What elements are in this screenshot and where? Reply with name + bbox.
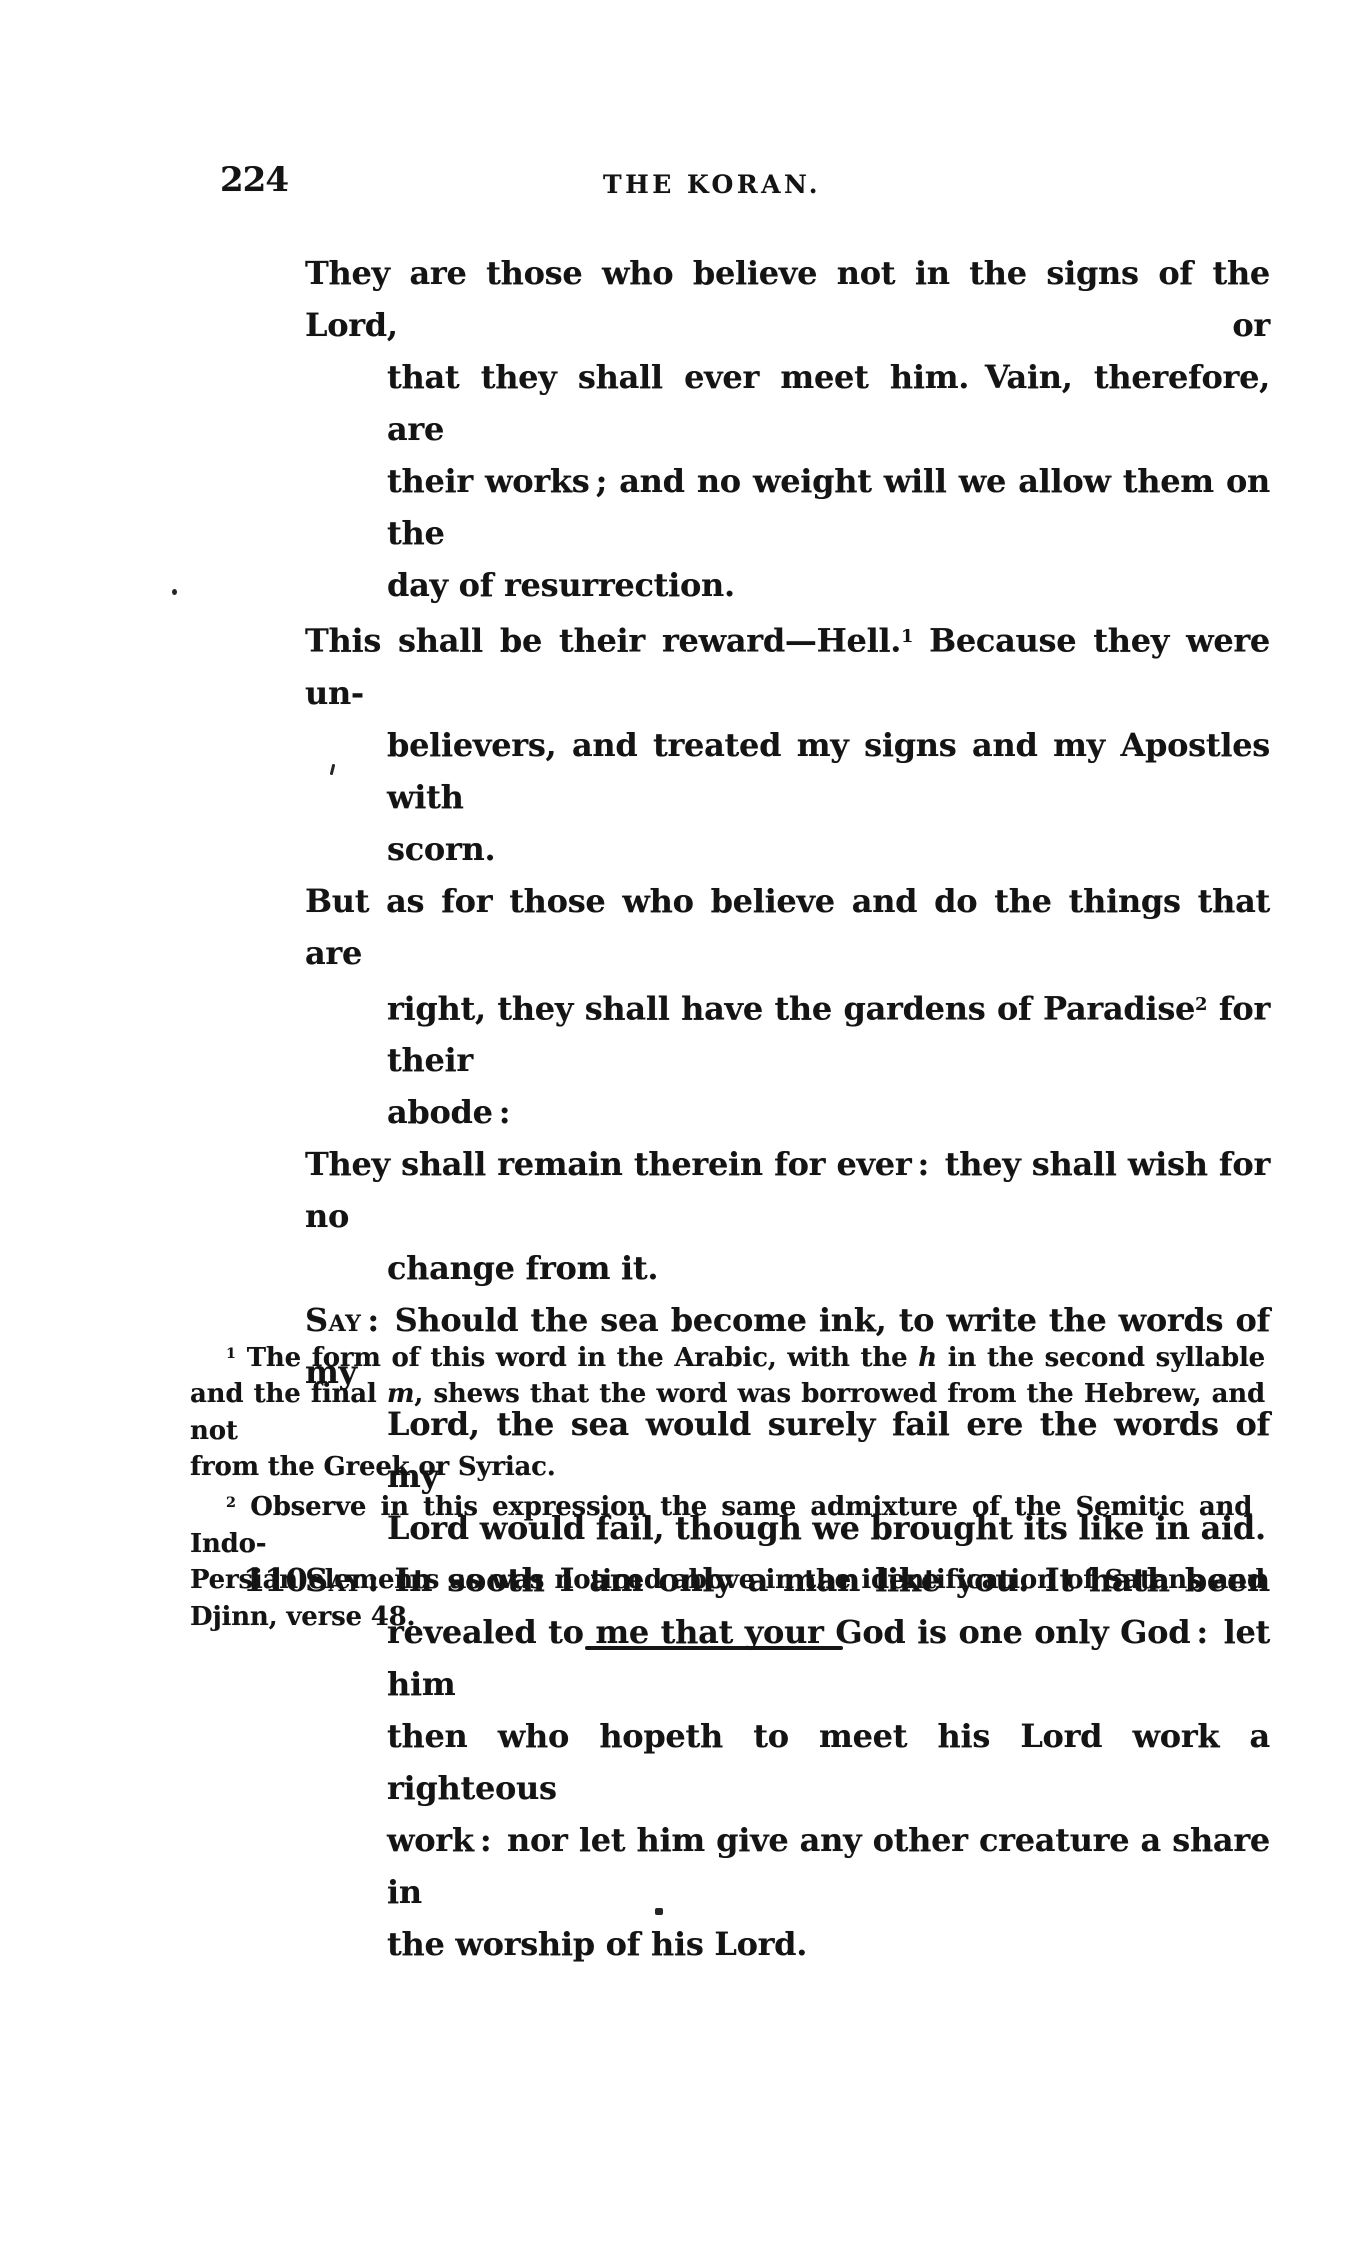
footnote-line: and the final m, shews that the word was… <box>190 1376 1265 1449</box>
verse-line: They are those who believe not in the si… <box>305 247 1270 351</box>
verse-line: scorn. <box>387 823 1270 875</box>
text-segment: This shall be their reward—Hell. <box>305 622 901 660</box>
text-segment: then who hopeth to meet his Lord work a … <box>387 1717 1270 1807</box>
text-segment: h <box>918 1343 937 1373</box>
footnotes-block: 1 The form of this word in the Arabic, w… <box>190 1336 1265 1635</box>
page-number: 224 <box>220 162 288 198</box>
text-segment: work : nor let him give any other creatu… <box>387 1821 1270 1911</box>
text-segment: that they shall ever meet him. Vain, the… <box>387 358 1270 448</box>
verse-line: the worship of his Lord. <box>387 1918 1270 1970</box>
running-title: THE KORAN. <box>562 170 862 200</box>
verse-line: then who hopeth to meet his Lord work a … <box>387 1710 1270 1814</box>
footnote-divider-rule <box>585 1646 843 1650</box>
footnote-line: from the Greek or Syriac. <box>190 1449 1265 1485</box>
text-segment: and the final <box>190 1379 387 1409</box>
text-segment: m <box>387 1379 414 1409</box>
text-segment: believers, and treated my signs and my A… <box>387 726 1270 816</box>
verse-line: that they shall ever meet him. Vain, the… <box>387 351 1270 455</box>
footnote-line: 2 Observe in this expression the same ad… <box>190 1485 1265 1562</box>
verse-line: change from it. <box>387 1242 1270 1294</box>
ink-speck-margin <box>172 589 177 595</box>
footnote-line: Djinn, verse 48. <box>190 1599 1265 1635</box>
footnote-reference: 1 <box>901 626 913 647</box>
footnote-reference: 2 <box>226 1495 236 1511</box>
verse-line: This shall be their reward—Hell.1 Becaus… <box>305 611 1270 719</box>
text-segment: They shall remain therein for ever : the… <box>305 1145 1270 1235</box>
text-segment: They are those who believe not in the si… <box>305 254 1270 344</box>
book-page: 224 THE KORAN. They are those who believ… <box>0 0 1346 2254</box>
verse-line: right, they shall have the gardens of Pa… <box>387 979 1270 1087</box>
verse-line: But as for those who believe and do the … <box>305 875 1270 979</box>
text-segment: Djinn, verse 48. <box>190 1602 415 1632</box>
text-segment: scorn. <box>387 830 495 868</box>
ink-speck-bottom <box>655 1908 663 1915</box>
text-segment: But as for those who believe and do the … <box>305 882 1270 972</box>
footnote-reference: 2 <box>1195 994 1207 1015</box>
text-segment: Persian elements as was noticed above in… <box>190 1565 1265 1595</box>
footnote-line: Persian elements as was noticed above in… <box>190 1562 1265 1598</box>
text-segment: Say <box>305 1301 361 1339</box>
text-segment: their works ; and no weight will we allo… <box>387 462 1270 552</box>
text-segment: abode : <box>387 1093 510 1131</box>
verse-line: abode : <box>387 1086 1270 1138</box>
verse-line: believers, and treated my signs and my A… <box>387 719 1270 823</box>
verse-line: their works ; and no weight will we allo… <box>387 455 1270 559</box>
verse-line: They shall remain therein for ever : the… <box>305 1138 1270 1242</box>
text-segment: change from it. <box>387 1249 658 1287</box>
text-segment: from the Greek or Syriac. <box>190 1452 556 1482</box>
text-segment: in the second syllable <box>937 1343 1265 1373</box>
footnote-reference: 1 <box>226 1346 236 1362</box>
verse-text-block: They are those who believe not in the si… <box>305 247 1270 1970</box>
footnote-line: 1 The form of this word in the Arabic, w… <box>190 1336 1265 1376</box>
text-segment: Observe in this expression the same admi… <box>190 1492 1265 1558</box>
verse-line: work : nor let him give any other creatu… <box>387 1814 1270 1918</box>
verse-line: day of resurrection. <box>387 559 1270 611</box>
text-segment: The form of this word in the Arabic, wit… <box>236 1343 918 1373</box>
text-segment: day of resurrection. <box>387 566 735 604</box>
text-segment: the worship of his Lord. <box>387 1925 807 1963</box>
text-segment: right, they shall have the gardens of Pa… <box>387 989 1195 1027</box>
